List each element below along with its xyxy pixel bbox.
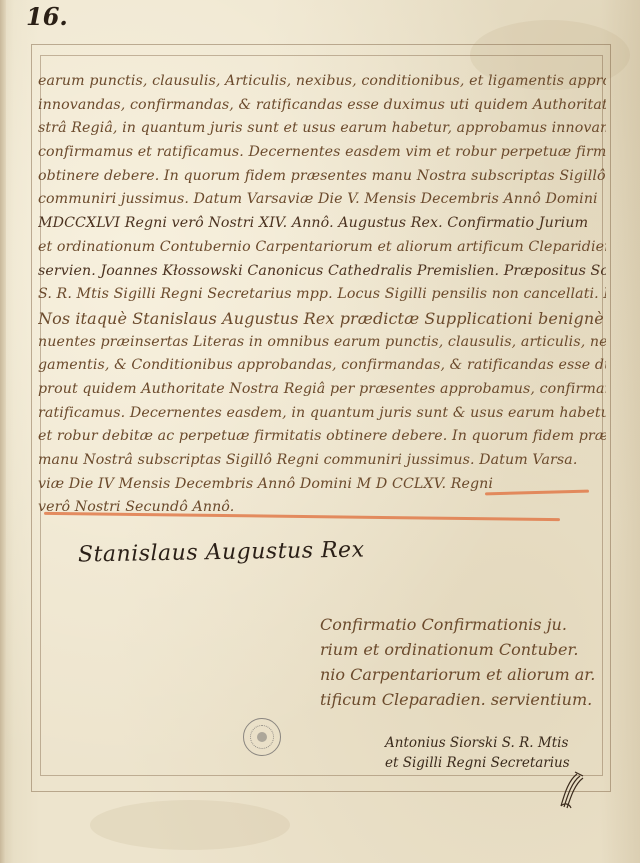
text-line: nuentes præinsertas Literas in omnibus e… [38, 331, 606, 355]
manuscript-text-body: earum punctis, clausulis, Articulis, nex… [38, 70, 606, 520]
text-line: ratificamus. Decernentes easdem, in quan… [38, 402, 606, 426]
text-line: prout quidem Authoritate Nostra Regiâ pe… [38, 378, 606, 402]
confirmatio-note: Confirmatio Confirmationis ju. rium et o… [320, 612, 610, 712]
text-line: S. R. Mtis Sigilli Regni Secretarius mpp… [38, 283, 606, 307]
royal-signature: Stanislaus Augustus Rex [78, 538, 365, 568]
text-line: et ordinationum Contubernio Carpentarior… [38, 236, 606, 260]
text-line: strâ Regiâ, in quantum juris sunt et usu… [38, 117, 606, 141]
confirmatio-line: tificum Cleparadien. servientium. [320, 687, 610, 712]
text-line: innovandas, confirmandas, & ratificandas… [38, 94, 606, 118]
page-number: 16. [26, 2, 68, 31]
parchment-stain [90, 800, 290, 850]
paraph-flourish-icon [555, 770, 585, 810]
secretary-signature: Antonius Siorski S. R. Mtis et Sigilli R… [385, 733, 570, 773]
text-line: gamentis, & Conditionibus approbandas, c… [38, 354, 606, 378]
library-stamp-icon [243, 718, 281, 756]
text-line: et robur debitæ ac perpetuæ firmitatis o… [38, 425, 606, 449]
confirmatio-line: Confirmatio Confirmationis ju. [320, 612, 610, 637]
confirmatio-line: nio Carpentariorum et aliorum ar. [320, 662, 610, 687]
text-line: obtinere debere. In quorum fidem præsent… [38, 165, 606, 189]
text-line: communiri jussimus. Datum Varsaviæ Die V… [38, 188, 606, 212]
text-line: earum punctis, clausulis, Articulis, nex… [38, 70, 606, 94]
confirmatio-line: rium et ordinationum Contuber. [320, 637, 610, 662]
text-line: manu Nostrâ subscriptas Sigillô Regni co… [38, 449, 606, 473]
text-line: Nos itaquè Stanislaus Augustus Rex prædi… [38, 307, 606, 331]
secretary-line: Antonius Siorski S. R. Mtis [385, 733, 570, 753]
page-binding-edge [0, 0, 6, 863]
text-line: servien. Joannes Kłossowski Canonicus Ca… [38, 260, 606, 284]
stamp-emblem [257, 732, 267, 742]
text-line: MDCCXLVI Regni verô Nostri XIV. Annô. Au… [38, 212, 606, 236]
text-line: confirmamus et ratificamus. Decernentes … [38, 141, 606, 165]
secretary-line: et Sigilli Regni Secretarius [385, 753, 570, 773]
